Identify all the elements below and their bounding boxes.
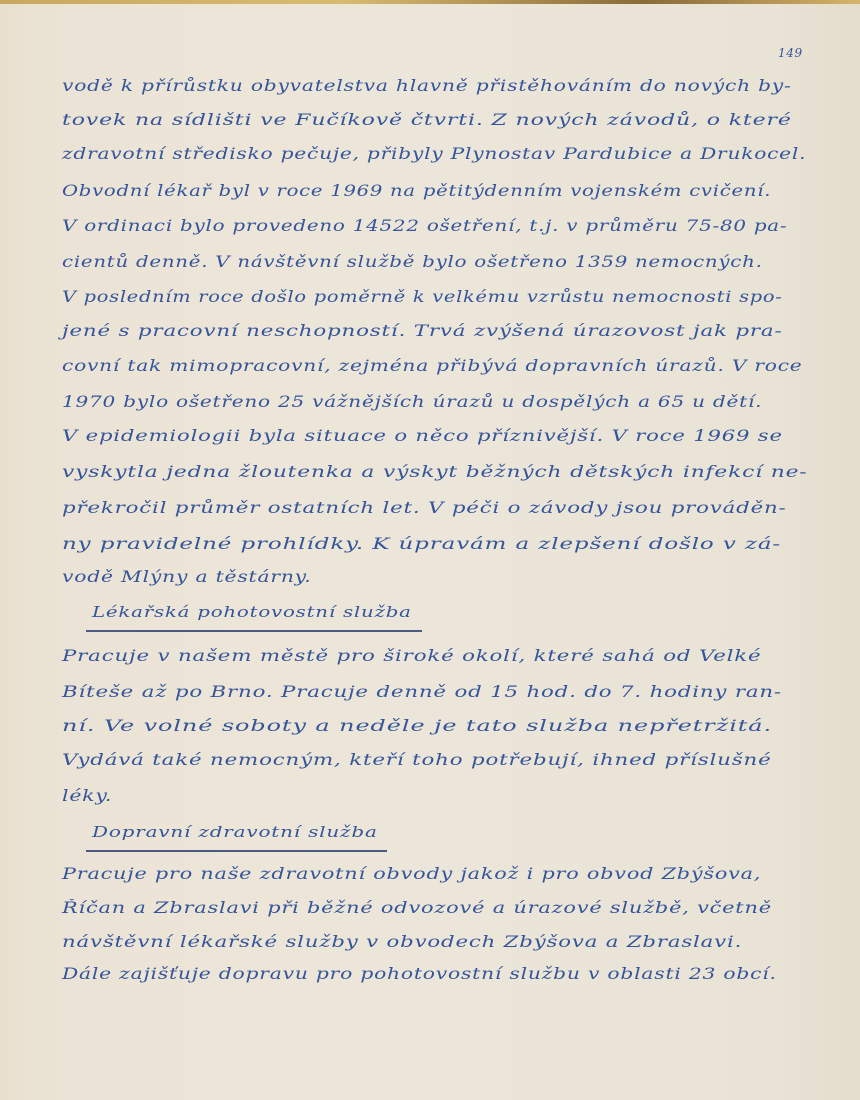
section-heading: Lékařská pohotovostní služba bbox=[92, 602, 412, 622]
text-line: covní tak mimopracovní, zejména přibývá … bbox=[62, 356, 802, 376]
text-line: vyskytla jedna žloutenka a výskyt běžnýc… bbox=[62, 462, 807, 482]
text-line: cientů denně. V návštěvní službě bylo oš… bbox=[62, 252, 763, 272]
text-line: Obvodní lékař byl v roce 1969 na pětitýd… bbox=[62, 181, 771, 201]
text-line: V epidemiologii byla situace o něco příz… bbox=[62, 426, 783, 446]
page-number: 149 bbox=[778, 46, 803, 60]
text-line: Pracuje v našem městě pro široké okolí, … bbox=[62, 646, 761, 666]
text-line: léky. bbox=[62, 786, 112, 806]
text-line: návštěvní lékařské služby v obvodech Zbý… bbox=[62, 932, 742, 952]
heading-underline bbox=[86, 630, 422, 632]
section-heading: Dopravní zdravotní služba bbox=[92, 822, 378, 842]
text-line: Pracuje pro naše zdravotní obvody jakož … bbox=[62, 864, 761, 884]
text-line: Dále zajišťuje dopravu pro pohotovostní … bbox=[62, 964, 777, 984]
text-line: překročil průměr ostatních let. V péči o… bbox=[62, 498, 787, 518]
text-line: ny pravidelné prohlídky. K úpravám a zle… bbox=[62, 534, 781, 554]
heading-underline bbox=[86, 850, 387, 852]
text-line: Bíteše až po Brno. Pracuje denně od 15 h… bbox=[62, 682, 782, 702]
text-line: V posledním roce došlo poměrně k velkému… bbox=[62, 287, 783, 307]
text-line: Vydává také nemocným, kteří toho potřebu… bbox=[62, 750, 772, 770]
text-line: zdravotní středisko pečuje, přibyly Plyn… bbox=[62, 144, 806, 164]
text-line: tovek na sídlišti ve Fučíkově čtvrti. Z … bbox=[62, 110, 792, 130]
text-line: jené s pracovní neschopností. Trvá zvýše… bbox=[62, 321, 782, 341]
text-line: vodě k přírůstku obyvatelstva hlavně při… bbox=[62, 76, 792, 96]
text-line: vodě Mlýny a těstárny. bbox=[62, 567, 311, 587]
text-line: Říčan a Zbraslavi při běžné odvozové a ú… bbox=[62, 898, 772, 918]
text-line: V ordinaci bylo provedeno 14522 ošetření… bbox=[62, 216, 787, 236]
text-line: ní. Ve volné soboty a neděle je tato slu… bbox=[62, 716, 772, 736]
text-line: 1970 bylo ošetřeno 25 vážnějších úrazů u… bbox=[62, 392, 762, 412]
chronicle-page: 149 vodě k přírůstku obyvatelstva hlavně… bbox=[0, 4, 860, 1100]
